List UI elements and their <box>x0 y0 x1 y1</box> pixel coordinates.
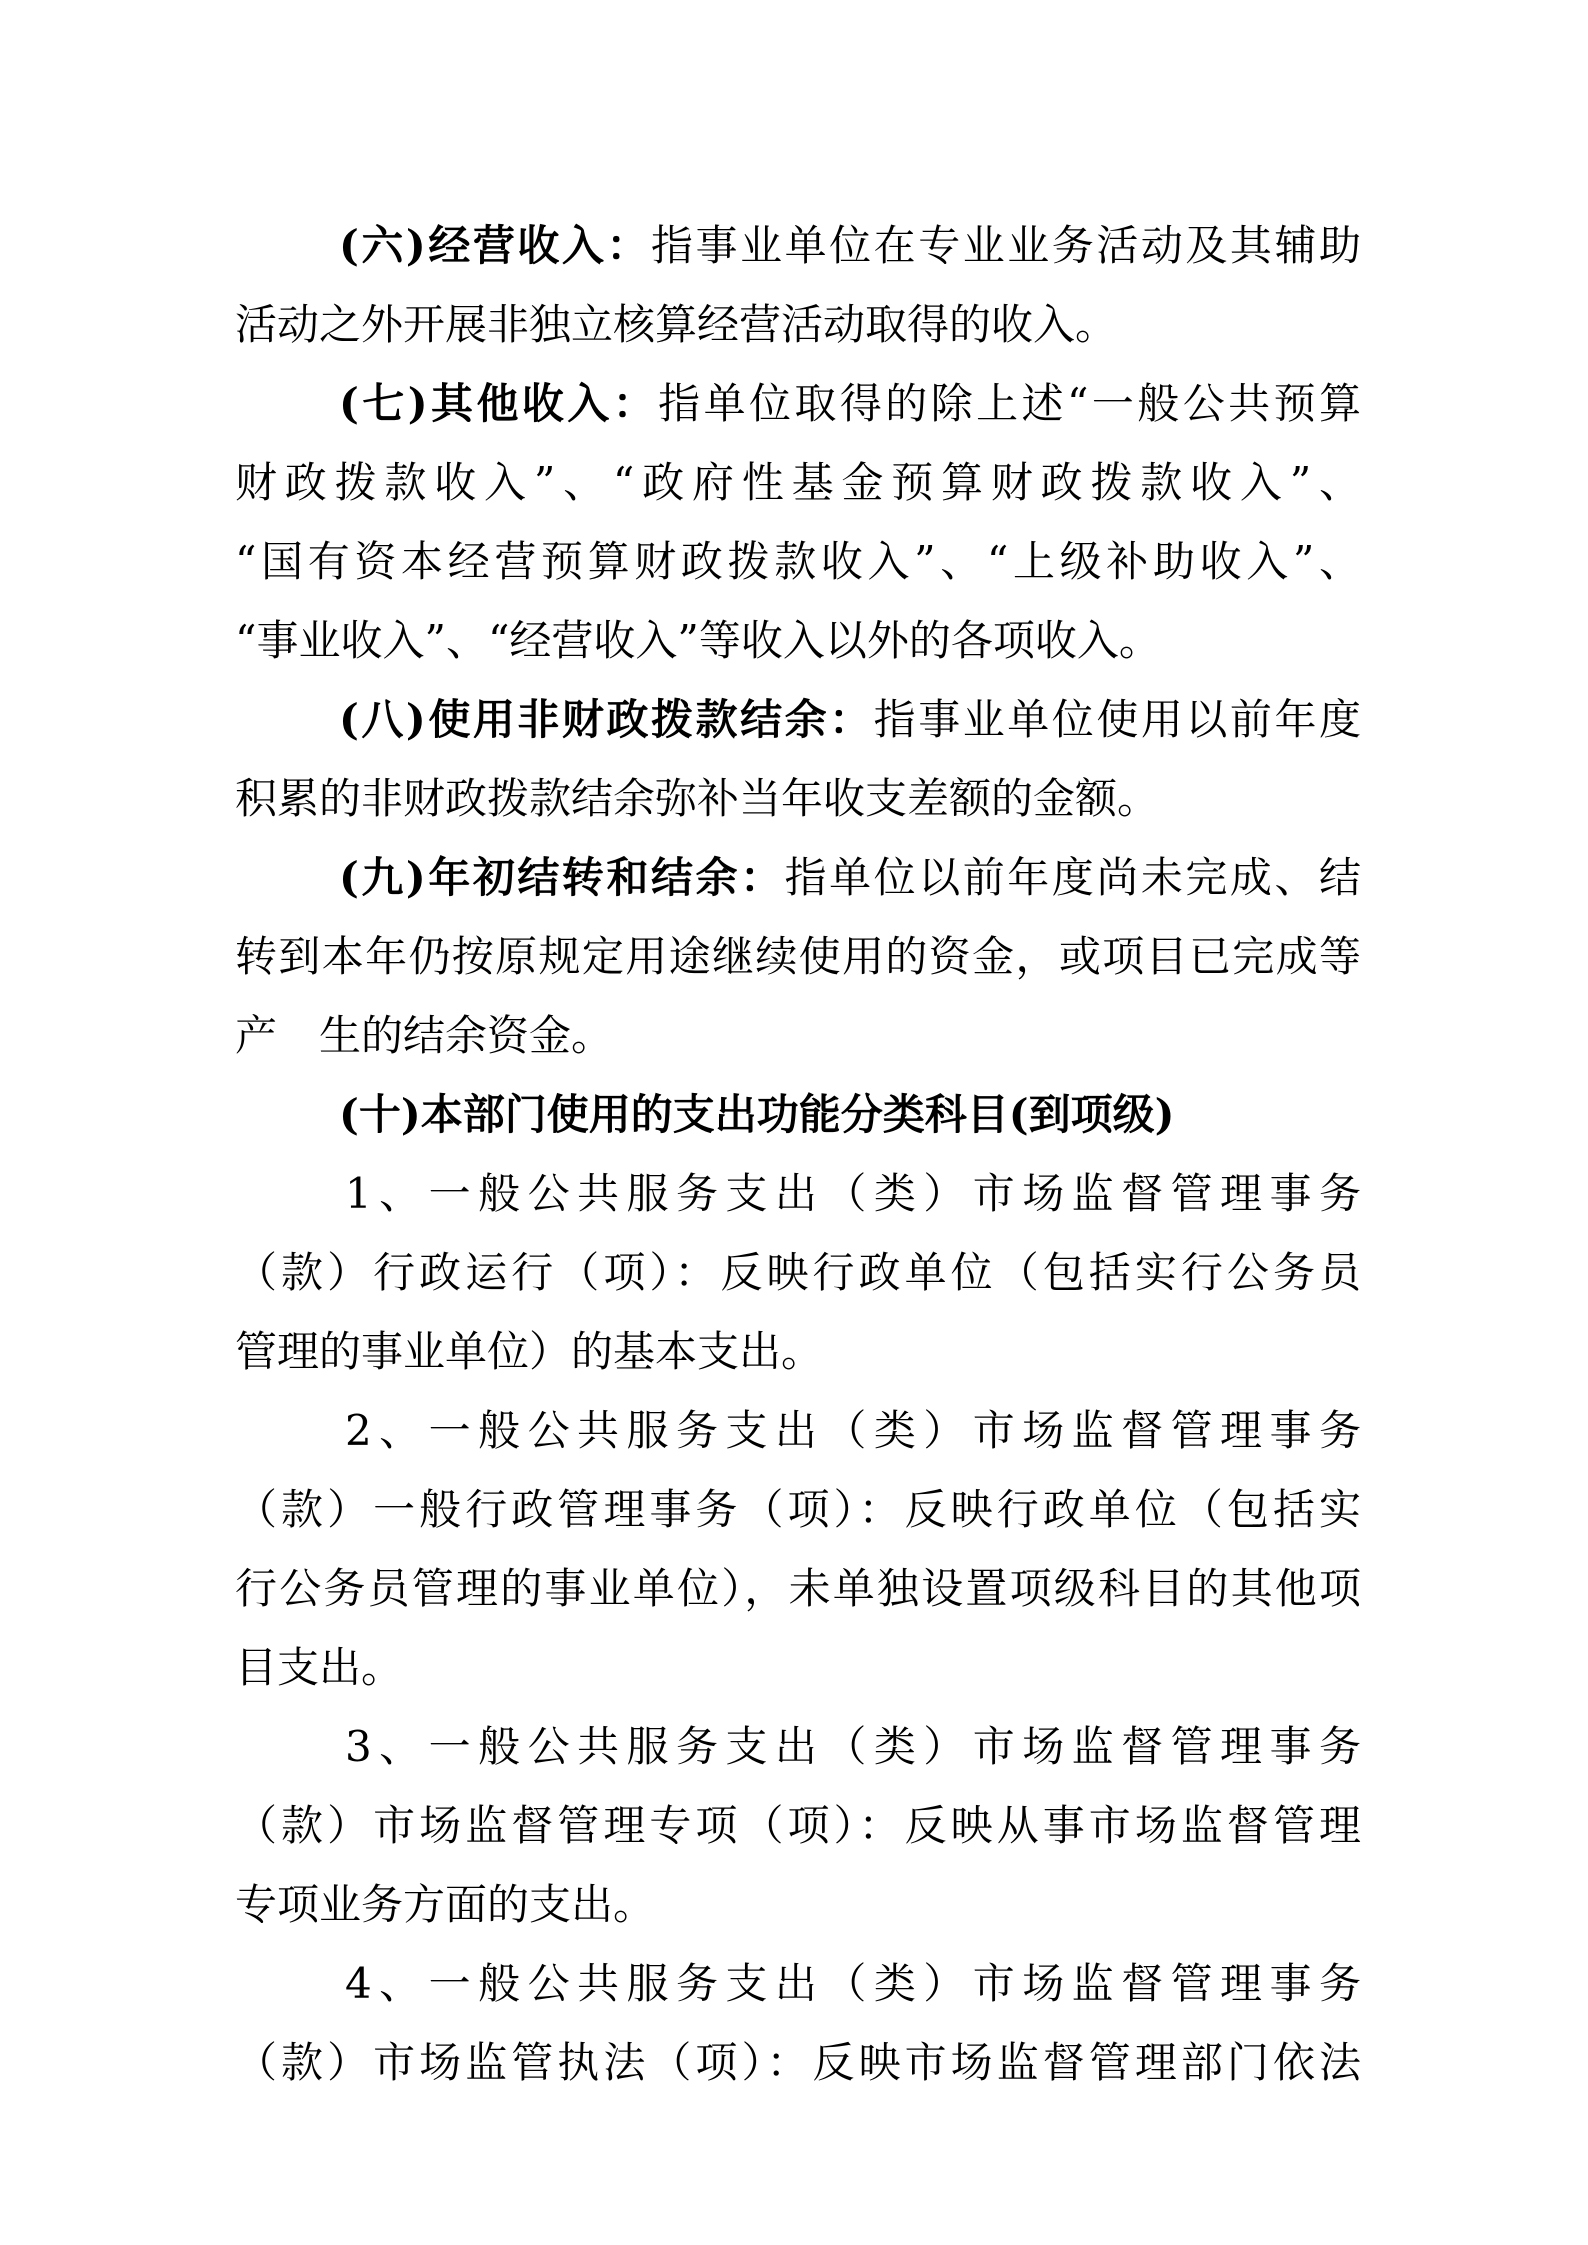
line-text: 活动之外开展非独立核算经营活动取得的收入。 <box>235 300 1117 349</box>
text-line: 行公务员管理的事业单位），未单独设置项级科目的其他项 <box>235 1549 1361 1628</box>
line-text: 指事业单位在专业业务活动及其辅助 <box>651 221 1361 270</box>
line-text: （款）一般行政管理事务（项）：反映行政单位（包括实 <box>235 1485 1361 1534</box>
section-heading: (十)本部门使用的支出功能分类科目(到项级) <box>235 1075 1361 1154</box>
line-text: 2、一般公共服务支出（类）市场监督管理事务 <box>345 1406 1361 1455</box>
line-text: 积累的非财政拨款结余弥补当年收支差额的金额。 <box>235 774 1159 823</box>
text-line: （款）市场监督管理专项（项）：反映从事市场监督管理 <box>235 1786 1361 1865</box>
line-text: 行公务员管理的事业单位），未单独设置项级科目的其他项 <box>235 1564 1361 1613</box>
line-text: 4、一般公共服务支出（类）市场监督管理事务 <box>345 1959 1361 2008</box>
text-line: (六)经营收入：指事业单位在专业业务活动及其辅助 <box>235 206 1361 285</box>
line-text: 产 生的结余资金。 <box>235 1011 613 1060</box>
paragraph-label: (九)年初结转和结余： <box>339 853 785 902</box>
text-line: “国有资本经营预算财政拨款收入”、“上级补助收入”、 <box>235 522 1361 601</box>
text-line: 产 生的结余资金。 <box>235 996 1361 1075</box>
text-line: 专项业务方面的支出。 <box>235 1865 1361 1944</box>
line-text: （款）市场监督管理专项（项）：反映从事市场监督管理 <box>235 1801 1361 1850</box>
line-text: 1、一般公共服务支出（类）市场监督管理事务 <box>345 1169 1361 1218</box>
line-text: （款）市场监管执法（项）：反映市场监督管理部门依法 <box>235 2038 1361 2087</box>
text-line: 4、一般公共服务支出（类）市场监督管理事务 <box>235 1944 1361 2023</box>
line-text: 转到本年仍按原规定用途继续使用的资金，或项目已完成等 <box>235 932 1361 981</box>
line-text: 目支出。 <box>235 1643 403 1692</box>
text-line: （款）市场监管执法（项）：反映市场监督管理部门依法 <box>235 2023 1361 2102</box>
line-text: 指事业单位使用以前年度 <box>874 695 1361 744</box>
line-text: “事业收入”、“经营收入”等收入以外的各项收入。 <box>235 616 1161 665</box>
text-line: (八)使用非财政拨款结余：指事业单位使用以前年度 <box>235 680 1361 759</box>
document-page: { "page": { "colors": { "background": "#… <box>0 0 1588 2245</box>
text-line: （款）行政运行（项）：反映行政单位（包括实行公务员 <box>235 1233 1361 1312</box>
line-text: 财政拨款收入”、“政府性基金预算财政拨款收入”、 <box>235 458 1361 507</box>
line-text: 指单位取得的除上述“一般公共预算 <box>658 379 1361 428</box>
line-text: 管理的事业单位）的基本支出。 <box>235 1327 823 1376</box>
text-line: (九)年初结转和结余：指单位以前年度尚未完成、结 <box>235 838 1361 917</box>
text-line: “事业收入”、“经营收入”等收入以外的各项收入。 <box>235 601 1361 680</box>
paragraph-label: (八)使用非财政拨款结余： <box>339 695 874 744</box>
text-line: (七)其他收入：指单位取得的除上述“一般公共预算 <box>235 364 1361 443</box>
text-line: 活动之外开展非独立核算经营活动取得的收入。 <box>235 285 1361 364</box>
text-line: 财政拨款收入”、“政府性基金预算财政拨款收入”、 <box>235 443 1361 522</box>
document-body: (六)经营收入：指事业单位在专业业务活动及其辅助 活动之外开展非独立核算经营活动… <box>235 206 1361 2102</box>
line-text: 专项业务方面的支出。 <box>235 1880 655 1929</box>
paragraph-label: (七)其他收入： <box>339 379 658 428</box>
line-text: 3、一般公共服务支出（类）市场监督管理事务 <box>345 1722 1361 1771</box>
text-line: 积累的非财政拨款结余弥补当年收支差额的金额。 <box>235 759 1361 838</box>
text-line: 3、一般公共服务支出（类）市场监督管理事务 <box>235 1707 1361 1786</box>
text-line: 目支出。 <box>235 1628 1361 1707</box>
text-line: 1、一般公共服务支出（类）市场监督管理事务 <box>235 1154 1361 1233</box>
paragraph-label: (十)本部门使用的支出功能分类科目(到项级) <box>339 1090 1175 1139</box>
text-line: 管理的事业单位）的基本支出。 <box>235 1312 1361 1391</box>
line-text: （款）行政运行（项）：反映行政单位（包括实行公务员 <box>235 1248 1361 1297</box>
text-line: （款）一般行政管理事务（项）：反映行政单位（包括实 <box>235 1470 1361 1549</box>
line-text: “国有资本经营预算财政拨款收入”、“上级补助收入”、 <box>235 537 1361 586</box>
paragraph-label: (六)经营收入： <box>339 221 651 270</box>
line-text: 指单位以前年度尚未完成、结 <box>785 853 1361 902</box>
text-line: 转到本年仍按原规定用途继续使用的资金，或项目已完成等 <box>235 917 1361 996</box>
text-line: 2、一般公共服务支出（类）市场监督管理事务 <box>235 1391 1361 1470</box>
